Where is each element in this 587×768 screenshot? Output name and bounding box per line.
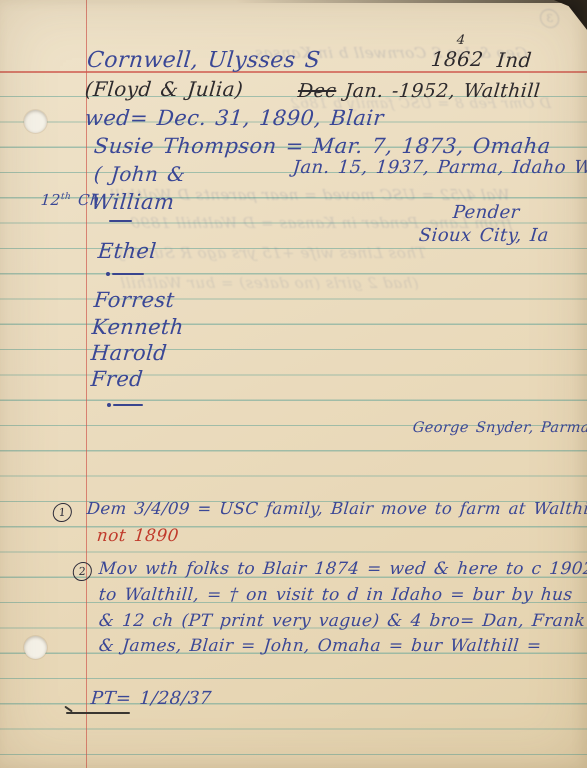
residence-sioux-city: Sioux City, Ia — [418, 225, 550, 246]
separator-dash — [109, 220, 132, 222]
note1-number: 1 — [52, 503, 73, 522]
note2-line2: to Walthill, = † on visit to d in Idaho … — [98, 585, 573, 605]
birth-year-superscript: 4 — [456, 33, 466, 48]
record-name: Cornwell, Ulysses S — [86, 48, 321, 73]
child-name: Forrest — [93, 288, 176, 312]
informant-line: George Snyder, Parma, Ida — [412, 420, 587, 436]
punch-hole-top — [24, 110, 47, 133]
note2-line1: Mov wth folks to Blair 1874 = wed & here… — [98, 559, 587, 579]
note1-text: Dem 3/4/09 = USC family, Blair move to f… — [86, 499, 587, 518]
residence-pender: Pender — [452, 202, 521, 223]
bleedthrough-corner-mark: 3 — [539, 8, 560, 28]
note2-line3: & 12 ch (PT print very vague) & 4 bro= D… — [98, 611, 586, 631]
punch-hole-bottom — [24, 636, 47, 659]
separator-dash — [112, 273, 144, 275]
bleedthrough-text: Thos Lines wife +15 yrs ago R Sunday — [114, 244, 427, 262]
spouse-line: Susie Thompson = Mar. 7, 1873, Omaha — [93, 134, 552, 158]
death-month-struck: Dec — [297, 80, 337, 102]
note1-correction: not 1890 — [96, 526, 180, 546]
child-name: Harold — [90, 341, 168, 365]
note1-circled-digit: 1 — [52, 503, 73, 522]
child-name: Kenneth — [91, 315, 185, 339]
note2-circled-digit: 2 — [72, 562, 93, 581]
death-line: Dec Jan. -1952, Walthill — [297, 80, 541, 102]
pt-date-line: PT= 1/28/37 — [90, 688, 213, 709]
birth-year: 1862 — [430, 47, 485, 71]
wedding-line: wed= Dec. 31, 1890, Blair — [84, 106, 385, 130]
pt-underline-stroke — [66, 712, 130, 714]
parents-line: (Floyd & Julia) — [84, 77, 244, 101]
note2-number: 2 — [72, 562, 93, 581]
separator-dash — [113, 404, 143, 406]
child-name: William — [90, 190, 175, 214]
child-name: Ethel — [97, 239, 158, 263]
death-rest: Jan. -1952, Walthill — [344, 80, 541, 102]
spouse-parents: ( John & — [93, 162, 186, 186]
child-order-num: 12 — [40, 191, 61, 209]
note2-line4: & James, Blair = John, Omaha = bur Walth… — [98, 636, 542, 656]
child-name: Fred — [90, 367, 144, 391]
child-order-sup: th — [61, 192, 72, 202]
birth-place: Ind — [496, 48, 533, 72]
spouse-death-line: Jan. 15, 1937, Parma, Idaho Walthill — [292, 157, 587, 178]
document-page: 3 Geo & Jas S Cornwell b in Kansas D Omr… — [0, 0, 587, 768]
scan-edge-top — [235, 0, 587, 3]
